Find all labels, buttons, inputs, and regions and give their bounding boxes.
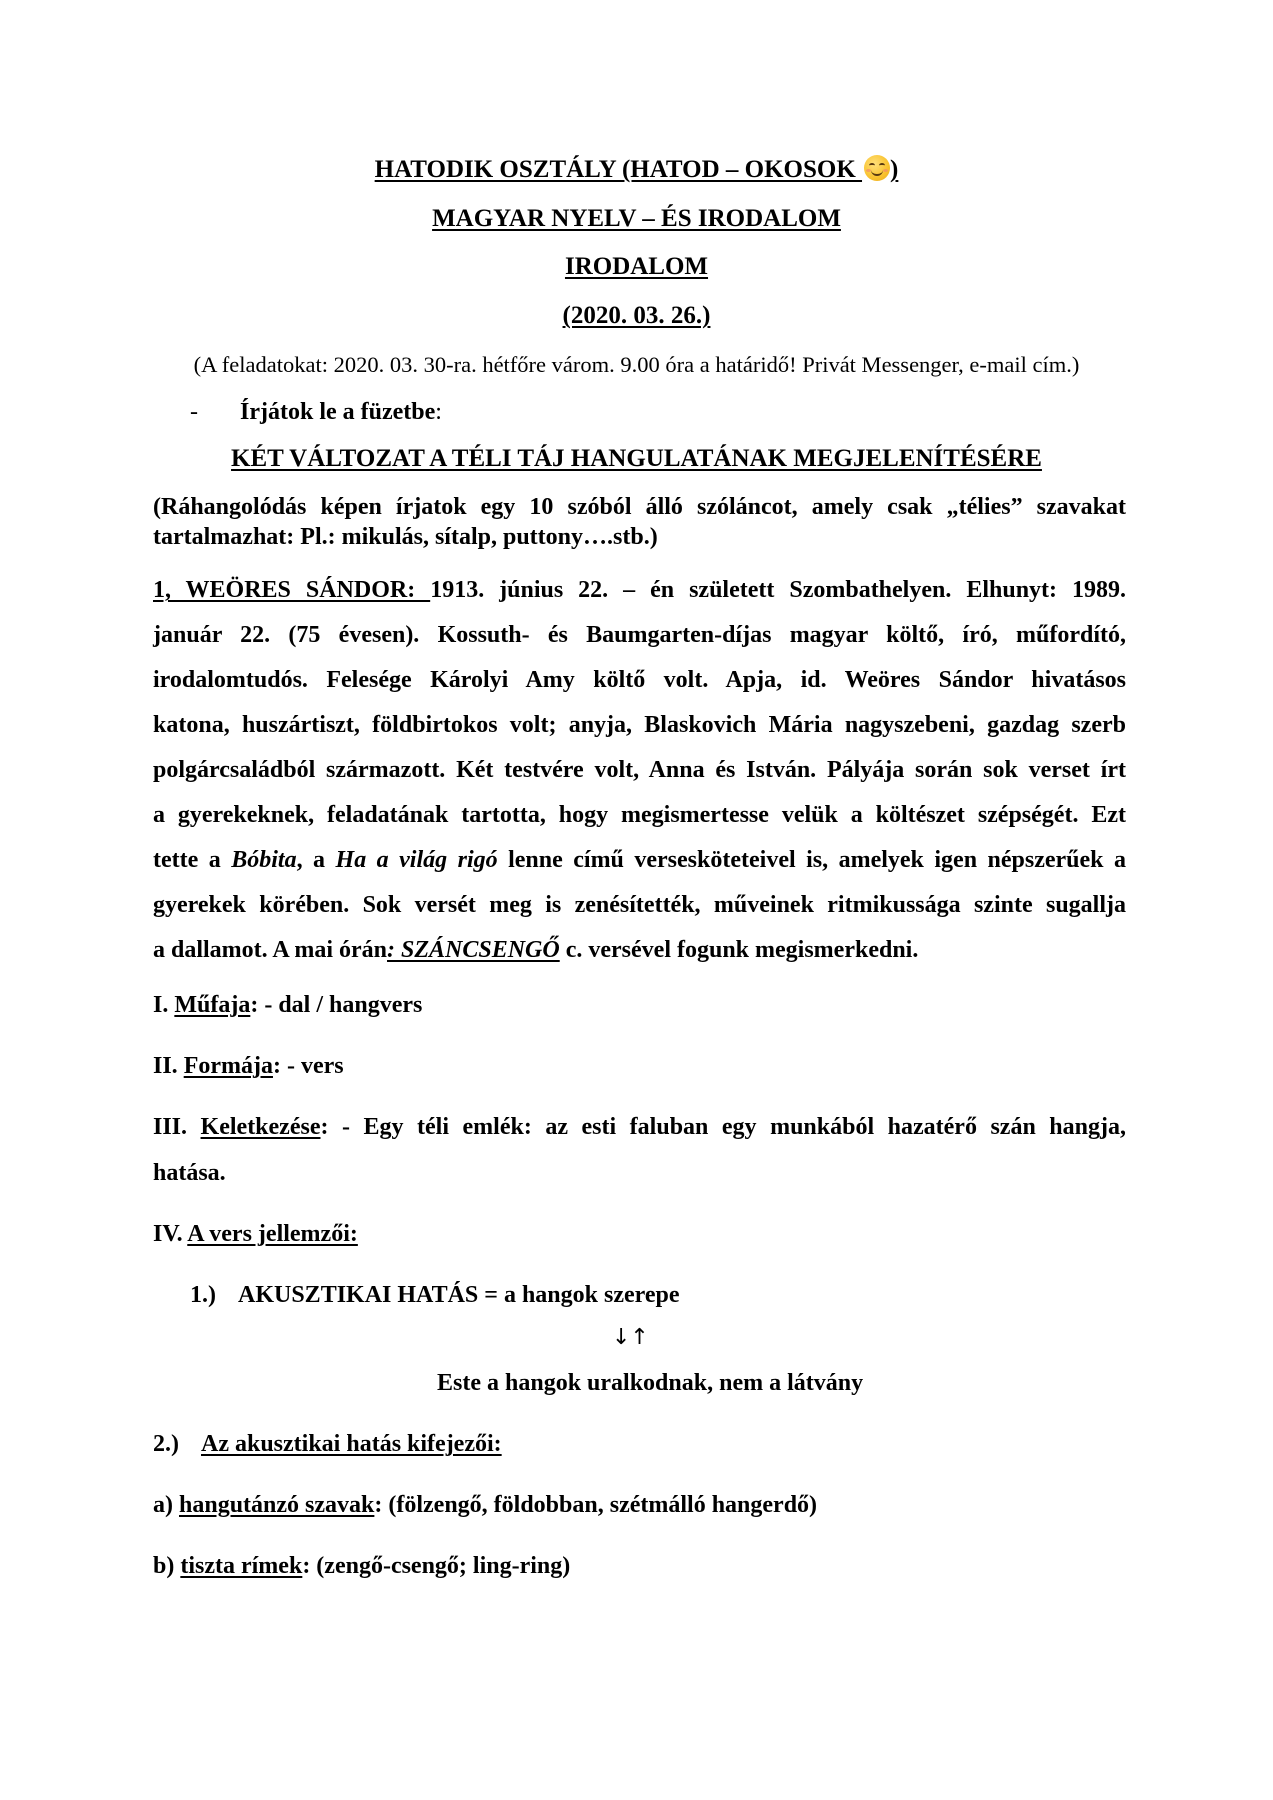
bio-line-3: irodalomtudós. Felesége Károlyi Amy költ… [153, 667, 1126, 694]
bio-line-8: gyerekek körében. Sok versét meg is zené… [153, 892, 1126, 919]
form-row: II. Formája: - vers [153, 1053, 344, 1080]
book-title-ha-a-vilag-rigo: Ha a világ rigó [336, 847, 498, 873]
feature-item-1: 1.)AKUSZTIKAI HATÁS = a hangok szerepe [190, 1282, 680, 1309]
warmup-line-2: tartalmazhat: Pl.: mikulás, sítalp, putt… [153, 524, 658, 551]
lesson-date: (2020. 03. 26.) [0, 302, 1273, 330]
bio-line-7: tette a Bóbita, a Ha a világ rigó lenne … [153, 847, 1126, 874]
genre-row: I. Műfaja: - dal / hangvers [153, 992, 422, 1019]
feature-sub-a: a) hangutánzó szavak: (fölzengő, földobb… [153, 1492, 817, 1519]
feature-item-2: 2.)Az akusztikai hatás kifejezői: [153, 1431, 502, 1458]
sub-b-label: tiszta rímek [180, 1553, 302, 1579]
features-label: A vers jellemzői: [187, 1221, 358, 1247]
bio-line-1: 1, WEÖRES SÁNDOR: 1913. június 22. – én … [153, 577, 1126, 604]
section-title: KÉT VÁLTOZAT A TÉLI TÁJ HANGULATÁNAK MEG… [0, 445, 1273, 473]
title-topic: IRODALOM [0, 253, 1273, 281]
warmup-line-1: (Ráhangolódás képen írjatok egy 10 szóbó… [153, 494, 1126, 521]
document-page: HATODIK OSZTÁLY (HATOD – OKOSOK ) MAGYAR… [0, 0, 1273, 1800]
book-title-bobita: Bóbita [231, 847, 296, 873]
origin-label: Keletkezése [201, 1114, 321, 1140]
bio-line-9: a dallamot. A mai órán: SZÁNCSENGŐ c. ve… [153, 937, 918, 964]
bio-line-6: a gyerekeknek, feladatának tartotta, hog… [153, 802, 1126, 829]
origin-row-cont: hatása. [153, 1160, 226, 1187]
features-row: IV. A vers jellemzői: [153, 1221, 358, 1248]
title-class-text: HATODIK OSZTÁLY (HATOD – OKOSOK ) [375, 156, 899, 183]
bio-line-2: január 22. (75 évesen). Kossuth- és Baum… [153, 622, 1126, 649]
bio-line-4: katona, huszártiszt, földbirtokos volt; … [153, 712, 1126, 739]
instruction: - Írjátok le a füzetbe: [190, 399, 442, 426]
bullet-dash: - [190, 399, 198, 425]
title-class: HATODIK OSZTÁLY (HATOD – OKOSOK ) [0, 155, 1273, 184]
feature-item-1-note: Este a hangok uralkodnak, nem a látvány [437, 1370, 863, 1397]
author-heading: 1, WEÖRES SÁNDOR: [153, 577, 430, 603]
sub-a-label: hangutánzó szavak [179, 1492, 374, 1518]
instruction-label: Írjátok le a füzetbe [240, 399, 435, 425]
bio-line-5: polgárcsaládból származott. Két testvére… [153, 757, 1126, 784]
genre-label: Műfaja [174, 992, 250, 1018]
smiling-face-icon [864, 155, 890, 181]
deadline-note: (A feladatokat: 2020. 03. 30-ra. hétfőre… [0, 352, 1273, 378]
title-subject: MAGYAR NYELV – ÉS IRODALOM [0, 205, 1273, 233]
origin-row: III. Keletkezése: - Egy téli emlék: az e… [153, 1114, 1126, 1141]
feature-sub-b: b) tiszta rímek: (zengő-csengő; ling-rin… [153, 1553, 570, 1580]
up-down-arrows-icon: ↓↑ [612, 1325, 649, 1350]
form-label: Formája [184, 1053, 273, 1079]
poem-title: : SZÁNCSENGŐ [387, 937, 560, 963]
